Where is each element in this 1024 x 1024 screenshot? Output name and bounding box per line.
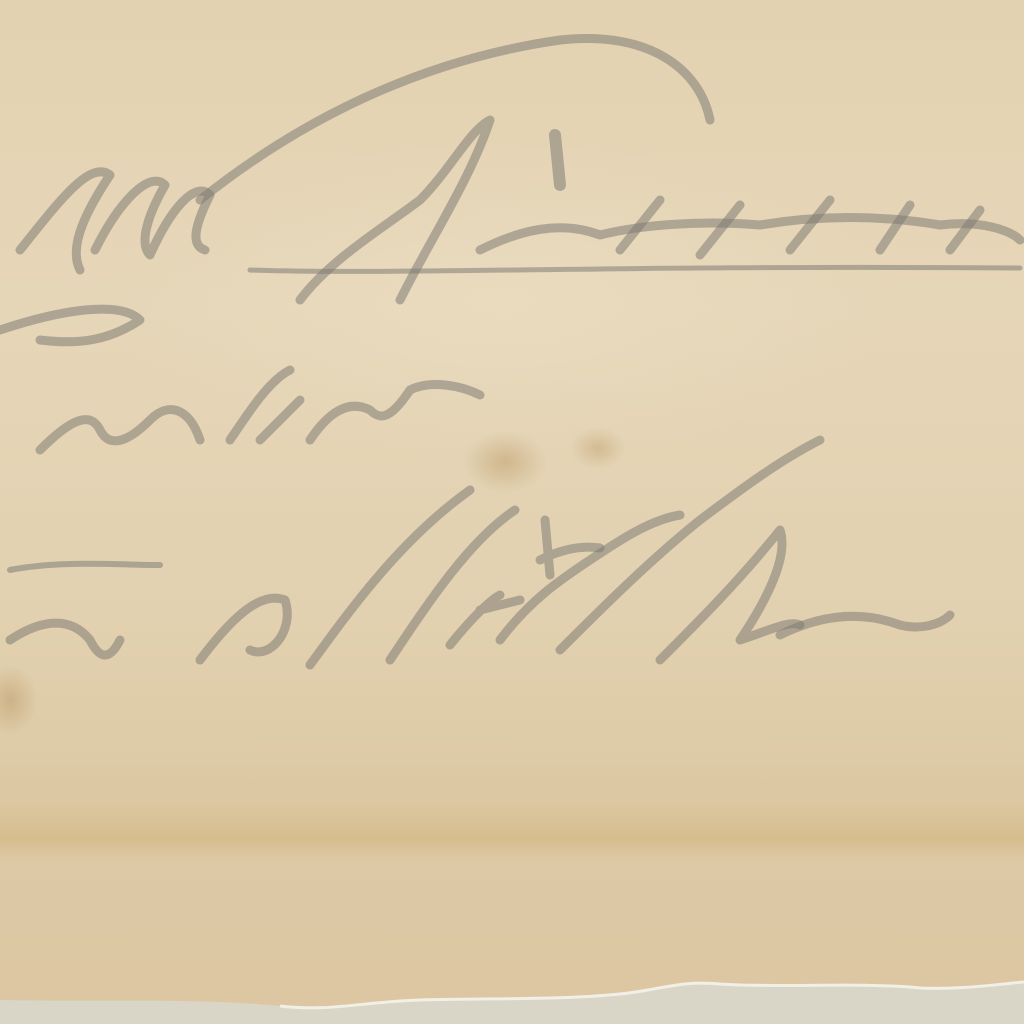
aged-paper-sheet [0, 0, 1024, 1024]
handwriting-line-3 [10, 440, 950, 665]
pencil-handwriting [0, 0, 1024, 1024]
handwriting-line-2 [40, 370, 480, 450]
torn-bottom-edge [0, 970, 1024, 1024]
handwriting-line-1 [0, 38, 1020, 341]
